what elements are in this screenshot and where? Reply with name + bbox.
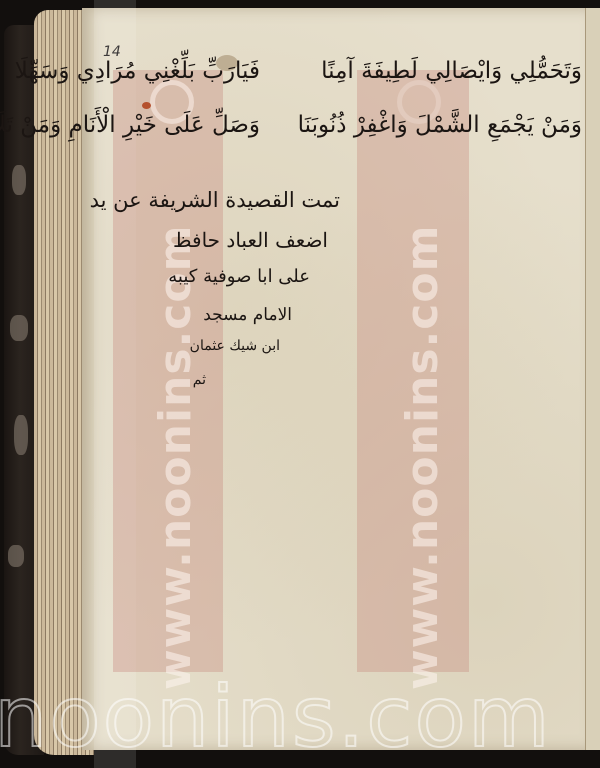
- watermark-vertical-text: www.noonins.com: [397, 225, 448, 690]
- verse-left-hemistich: فَيَارَبِّ بَلِّغْنِي مُرَادِي وَسَهِّلَ…: [15, 58, 260, 84]
- colophon-line: اضعف العباد حافظ: [173, 228, 328, 252]
- colophon-line: ثم: [193, 372, 206, 388]
- manuscript-photo: 14 www.noonins.com www.noonins.com وَتَح…: [0, 0, 600, 768]
- colophon-line: تمت القصيدة الشريفة عن يد: [90, 188, 340, 212]
- watermark-bottom-text: noonins.com: [0, 668, 552, 766]
- colophon-line: ابن شيك عثمان: [190, 338, 280, 354]
- verse-right-hemistich: وَمَنْ يَجْمَعِ الشَّمْلَ وَاغْفِرْ ذُنُ…: [298, 112, 582, 138]
- colophon-line: الامام مسجد: [203, 305, 292, 325]
- colophon-line: على ابا صوفية كيبه: [168, 266, 310, 287]
- watermark-vertical-text: www.noonins.com: [150, 225, 201, 690]
- red-stain: [142, 102, 151, 109]
- verse-left-hemistich: وَصَلِّ عَلَى خَيْرِ الْأَنَامِ وَمَنْ ت…: [0, 112, 260, 138]
- facing-page-edge: [585, 8, 600, 750]
- verse-right-hemistich: وَتَحَمُّلِي وَايْصَالِي لَطِيفَةَ آمِنً…: [321, 58, 582, 84]
